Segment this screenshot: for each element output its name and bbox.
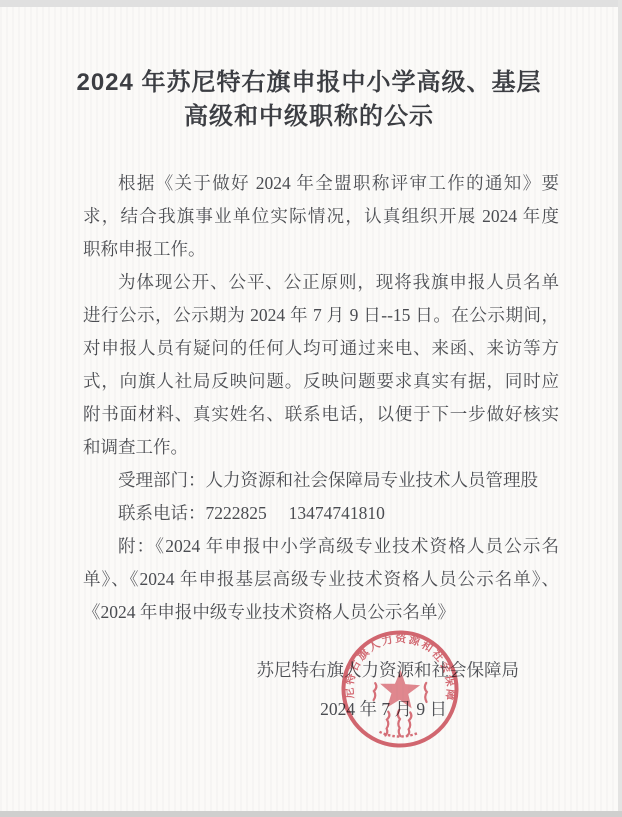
body-line: 求，结合我旗事业单位实际情况，认真组织开展 2024 年度 (83, 200, 559, 233)
body-line: 附：《2024 年申报中小学高级专业技术资格人员公示名 (83, 530, 559, 563)
document-body: 根据《关于做好 2024 年全盟职称评审工作的通知》要求，结合我旗事业单位实际情… (83, 167, 559, 629)
page-title-line-2: 高级和中级职称的公示 (0, 100, 618, 134)
body-line: 进行公示，公示期为 2024 年 7 月 9 日--15 日。在公示期间， (83, 299, 559, 332)
scan-edge-right (618, 0, 622, 817)
body-line: 根据《关于做好 2024 年全盟职称评审工作的通知》要 (83, 167, 559, 200)
body-line: 受理部门：人力资源和社会保障局专业技术人员管理股 (83, 464, 559, 497)
body-line: 对申报人员有疑问的任何人均可通过来电、来函、来访等方 (83, 332, 559, 365)
body-line: 式，向旗人社局反映问题。反映问题要求真实有据，同时应 (83, 365, 559, 398)
body-line: 附书面材料、真实姓名、联系电话，以便于下一步做好核实 (83, 398, 559, 431)
scan-edge-top (0, 0, 622, 7)
page-title: 2024 年苏尼特右旗申报中小学高级、基层 高级和中级职称的公示 (0, 66, 618, 134)
body-line: 和调查工作。 (83, 431, 559, 464)
signature-agency: 苏尼特右旗人力资源和社会保障局 (83, 654, 559, 687)
scan-edge-bottom (0, 811, 622, 817)
body-line: 《2024 年申报中级专业技术资格人员公示名单》 (83, 596, 559, 629)
seal-star-icon (379, 669, 420, 708)
official-seal-stamp: 苏尼特右旗人力资源和社会保障局 (337, 626, 463, 752)
signature-date: 2024 年 7 月 9 日 (83, 693, 559, 726)
body-line: 单》、《2024 年申报基层高级专业技术资格人员公示名单》、 (83, 563, 559, 596)
body-line: 为体现公开、公平、公正原则，现将我旗申报人员名单 (83, 266, 559, 299)
body-line: 职称申报工作。 (83, 233, 559, 266)
body-line: 联系电话：7222825 13474741810 (83, 497, 559, 530)
document-page: 2024 年苏尼特右旗申报中小学高级、基层 高级和中级职称的公示 根据《关于做好… (0, 0, 622, 817)
page-title-line-1: 2024 年苏尼特右旗申报中小学高级、基层 (0, 66, 618, 100)
